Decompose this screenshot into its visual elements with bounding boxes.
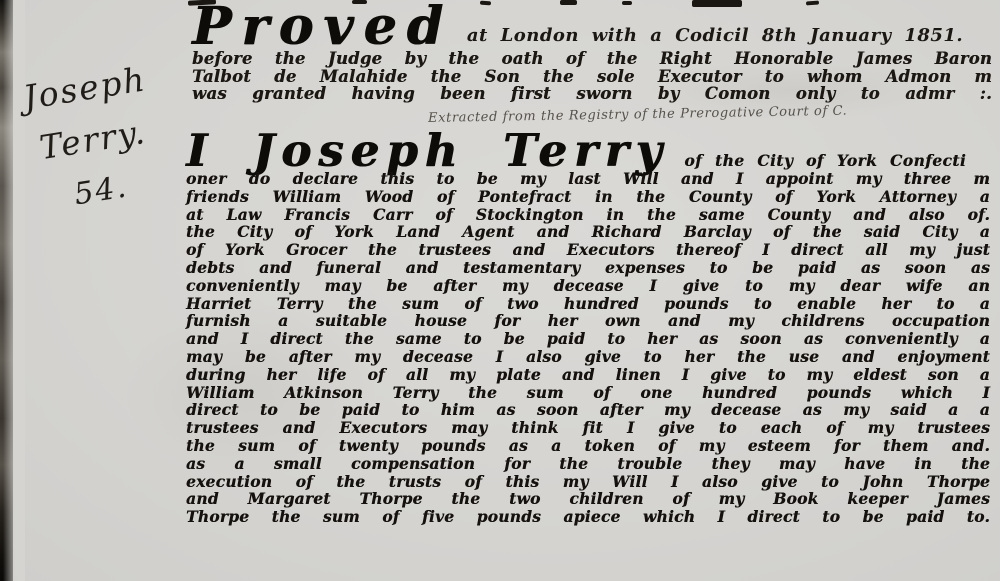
will-line: may be after my decease I also give to h… <box>186 348 990 366</box>
will-line: direct to be paid to him as soon after m… <box>186 401 990 419</box>
will-line: the City of York Land Agent and Richard … <box>186 223 990 241</box>
will-line: trustees and Executors may think fit I g… <box>186 419 990 437</box>
scanned-will-page: Joseph Terry. 54. Proved at London with … <box>0 0 1000 581</box>
will-line: as a small compensation for the trouble … <box>186 455 990 473</box>
will-line: of York Grocer the trustees and Executor… <box>186 241 990 259</box>
will-line: debts and funeral and testamentary expen… <box>186 259 990 277</box>
will-line: during her life of all my plate and line… <box>186 366 990 384</box>
probate-opening-line: Proved at London with a Codicil 8th Janu… <box>192 2 992 50</box>
probate-line: was granted having been first sworn by C… <box>192 85 992 103</box>
probate-clause: Proved at London with a Codicil 8th Janu… <box>192 2 992 121</box>
probate-line: Talbot de Malahide the Son the sole Exec… <box>192 68 992 86</box>
will-opening-line: I Joseph Terry of the City of York Confe… <box>186 124 990 170</box>
will-line: Harriet Terry the sum of two hundred pou… <box>186 295 990 313</box>
will-line: execution of the trusts of this my Will … <box>186 473 990 491</box>
probate-line: before the Judge by the oath of the Righ… <box>192 50 992 68</box>
will-line: Thorpe the sum of five pounds apiece whi… <box>186 508 990 526</box>
will-line: and I direct the same to be paid to her … <box>186 330 990 348</box>
registry-extract-note: Extracted from the Registry of the Prero… <box>428 101 992 126</box>
will-opening-rest: of the City of York Confecti <box>684 151 966 170</box>
margin-annotation: Joseph Terry. 54. <box>0 50 189 231</box>
will-line: and Margaret Thorpe the two children of … <box>186 490 990 508</box>
probate-opening-rest: at London with a Codicil 8th January 185… <box>467 25 963 50</box>
probate-opening-word: Proved <box>192 4 453 50</box>
will-line: oner do declare this to be my last Will … <box>186 170 990 188</box>
will-line: the sum of twenty pounds as a token of m… <box>186 437 990 455</box>
will-line: at Law Francis Carr of Stockington in th… <box>186 206 990 224</box>
will-line: friends William Wood of Pontefract in th… <box>186 188 990 206</box>
will-line: conveniently may be after my decease I g… <box>186 277 990 295</box>
will-line: furnish a suitable house for her own and… <box>186 312 990 330</box>
will-body: I Joseph Terry of the City of York Confe… <box>186 124 990 526</box>
will-line: William Atkinson Terry the sum of one hu… <box>186 384 990 402</box>
